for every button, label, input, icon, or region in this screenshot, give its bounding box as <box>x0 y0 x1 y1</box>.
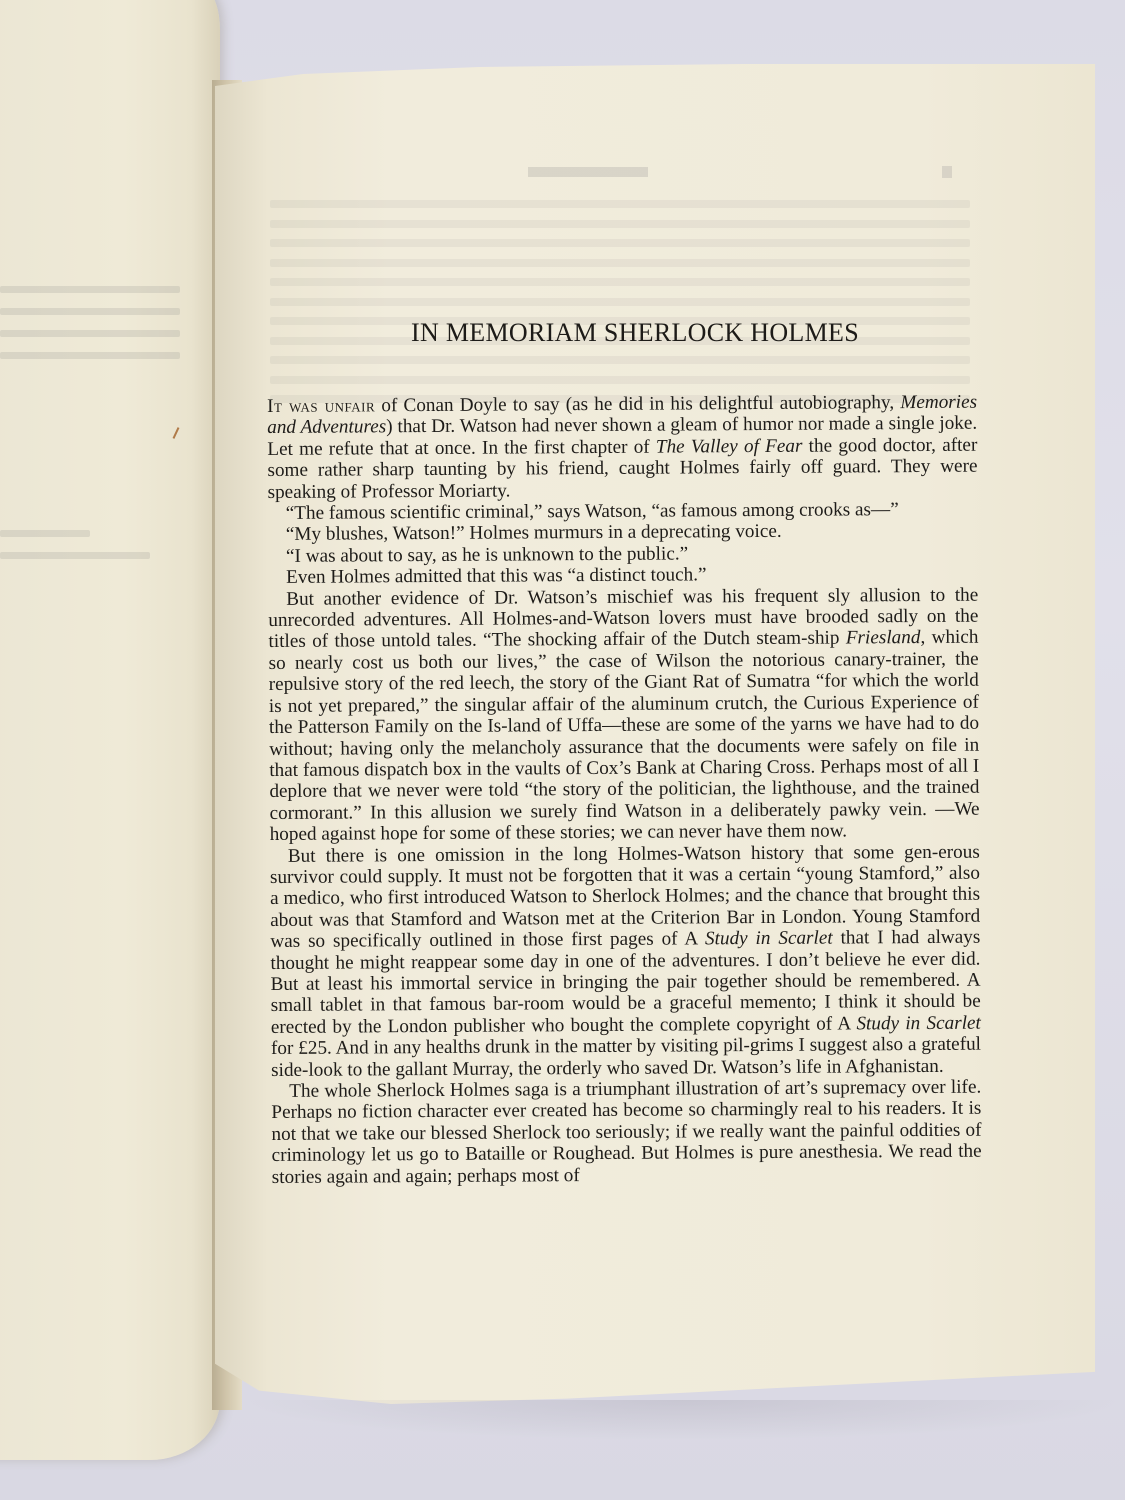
text-run: of Conan Doyle to say (as he did in his … <box>375 392 900 416</box>
show-through-line <box>0 286 180 293</box>
show-through-line <box>270 259 970 267</box>
page-shadow <box>240 1400 1125 1440</box>
body-text: It was unfair of Conan Doyle to say (as … <box>267 392 982 1188</box>
italic-title: Study in Scarlet <box>856 1012 981 1034</box>
text-run: for £25. And in any healths drunk in the… <box>271 1034 981 1081</box>
show-through-line <box>270 376 970 384</box>
left-page <box>0 0 220 1460</box>
show-through-line <box>270 220 970 228</box>
show-through-line <box>270 200 970 208</box>
text-run: “The famous scientific criminal,” says W… <box>286 499 899 524</box>
show-through-running-head <box>528 167 648 177</box>
pencil-mark <box>173 427 180 439</box>
show-through-line <box>0 308 180 315</box>
lead-in-smallcaps: It was unfair <box>267 395 375 417</box>
paragraph: It was unfair of Conan Doyle to say (as … <box>267 392 978 503</box>
text-run: Even Holmes admitted that this was “a di… <box>286 565 707 589</box>
show-through-folio <box>942 166 952 178</box>
show-through-line <box>0 352 180 359</box>
text-run: , which so nearly cost us both our lives… <box>269 627 980 845</box>
paragraph: But there is one omission in the long Ho… <box>270 841 981 1081</box>
show-through-line <box>270 298 970 306</box>
text-run: The whole Sherlock Holmes saga is a triu… <box>271 1077 981 1188</box>
italic-title: Friesland <box>846 627 921 648</box>
show-through-line <box>0 530 90 537</box>
show-through-line <box>270 278 970 286</box>
chapter-title: IN MEMORIAM SHERLOCK HOLMES <box>260 318 1010 348</box>
italic-title: The Valley of Fear <box>656 436 803 458</box>
paragraph: But another evidence of Dr. Watson’s mis… <box>268 584 980 845</box>
paragraph: The whole Sherlock Holmes saga is a triu… <box>271 1077 982 1188</box>
show-through-line <box>0 552 150 559</box>
show-through-line <box>270 239 970 247</box>
show-through-line <box>270 356 970 364</box>
text-run: “I was about to say, as he is unknown to… <box>286 543 688 566</box>
text-run: “My blushes, Watson!” Holmes murmurs in … <box>286 521 782 545</box>
italic-title: Study in Scarlet <box>705 928 833 950</box>
show-through-line <box>0 330 180 337</box>
